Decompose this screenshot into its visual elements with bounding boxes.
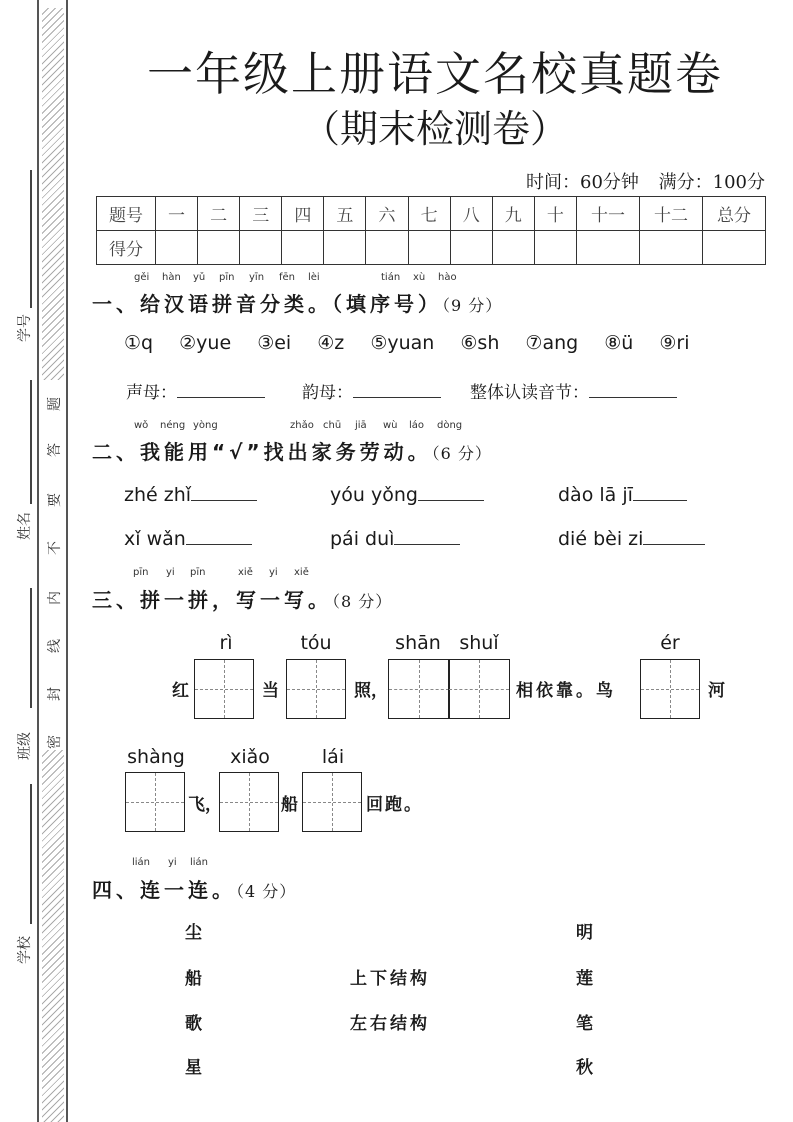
student-id-label: 学号 — [14, 314, 34, 342]
pinyin-annotation: zhǎo — [290, 420, 314, 431]
name-label: 姓名 — [14, 512, 34, 540]
name-underline — [30, 380, 32, 504]
finals-field: 韵母： — [302, 378, 441, 403]
grid-pinyin: xiǎo — [218, 746, 282, 768]
score-cell[interactable] — [156, 231, 198, 265]
option: ⑨ri — [659, 332, 689, 354]
student-id-underline — [30, 170, 32, 308]
binding-line-outer — [37, 0, 39, 1122]
section-4-title-text: 四、连一连。 — [92, 878, 236, 902]
match-left-item[interactable]: 船 — [185, 964, 205, 989]
chore-item: xǐ wǎn — [124, 526, 252, 550]
option: ④z — [317, 332, 344, 354]
chore-text: pái duì — [330, 528, 394, 550]
match-right-item[interactable]: 明 — [576, 918, 596, 943]
pinyin-annotation: xiě — [238, 567, 253, 578]
grid-pinyin: lái — [302, 746, 364, 768]
grid-pinyin: rì — [196, 632, 256, 654]
exam-meta: 时间：60分钟 满分：100分 — [512, 168, 765, 194]
class-label: 班级 — [14, 732, 34, 760]
grid-pinyin: shuǐ — [448, 632, 510, 654]
cell: 五 — [324, 197, 366, 231]
writing-grid[interactable] — [448, 659, 510, 719]
pinyin-annotation: pīn — [190, 567, 205, 578]
pinyin-annotation: tián — [381, 272, 400, 283]
chore-text: zhé zhǐ — [124, 484, 191, 506]
section-2-points: （6 分） — [432, 444, 492, 463]
chore-text: dié bèi zi — [558, 528, 643, 550]
score-table-score-row: 得分 — [97, 231, 766, 265]
cell: 六 — [366, 197, 408, 231]
initials-label: 声母： — [126, 383, 177, 403]
pinyin-annotation: lián — [132, 857, 150, 868]
score-cell[interactable] — [366, 231, 408, 265]
match-middle-item[interactable]: 左右结构 — [350, 1009, 430, 1034]
section-4-title: 四、连一连。（4 分） — [92, 874, 296, 903]
pinyin-annotation: lián — [190, 857, 208, 868]
cell: 八 — [450, 197, 492, 231]
pinyin-annotation: chū — [323, 420, 341, 431]
pinyin-annotation: yi — [168, 857, 177, 868]
sentence-text: 飞， — [188, 790, 222, 815]
chore-text: xǐ wǎn — [124, 528, 186, 550]
sentence-text: 船 — [281, 790, 298, 815]
sentence-text: 河 — [708, 676, 725, 701]
option: ③ei — [257, 332, 291, 354]
section-1-title: 一、给汉语拼音分类。（填序号）（9 分） — [92, 288, 502, 317]
pinyin-annotation: lèi — [308, 272, 320, 283]
chore-item: dào lā jī — [558, 482, 687, 506]
cell: 总分 — [703, 197, 766, 231]
pinyin-annotation: pīn — [133, 567, 148, 578]
pinyin-annotation: xiě — [294, 567, 309, 578]
school-label: 学校 — [14, 936, 34, 964]
cell: 十一 — [577, 197, 640, 231]
pinyin-annotation: pīn — [219, 272, 234, 283]
cell: 四 — [282, 197, 324, 231]
writing-grid[interactable] — [640, 659, 700, 719]
seal-char: 线 — [44, 636, 64, 656]
whole-syllables-label: 整体认读音节： — [470, 383, 589, 403]
match-middle-item[interactable]: 上下结构 — [350, 964, 430, 989]
score-cell[interactable] — [282, 231, 324, 265]
school-underline — [30, 784, 32, 924]
score-cell[interactable] — [640, 231, 703, 265]
pinyin-annotation: xù — [413, 272, 425, 283]
chore-text: dào lā jī — [558, 484, 633, 506]
section-3-title: 三、拼一拼，写一写。（8 分） — [92, 584, 392, 613]
exam-full-score: 满分：100分 — [659, 172, 765, 193]
section-3-title-text: 三、拼一拼，写一写。 — [92, 588, 332, 612]
section-1-options: ①q ②yue ③ei ④z ⑤yuan ⑥sh ⑦ang ⑧ü ⑨ri — [124, 332, 710, 354]
option: ⑥sh — [460, 332, 499, 354]
score-cell[interactable] — [534, 231, 576, 265]
seal-char: 密 — [44, 732, 64, 752]
match-left-item[interactable]: 尘 — [185, 918, 205, 943]
pinyin-annotation: yi — [166, 567, 175, 578]
match-right-item[interactable]: 莲 — [576, 964, 596, 989]
seal-char: 封 — [44, 684, 64, 704]
sentence-text: 相依靠。鸟 — [516, 676, 616, 701]
score-cell[interactable] — [492, 231, 534, 265]
initials-field: 声母： — [126, 378, 265, 403]
chore-text: yóu yǒng — [330, 484, 418, 506]
cell: 三 — [240, 197, 282, 231]
whole-syllables-field: 整体认读音节： — [470, 378, 677, 403]
match-right-item[interactable]: 秋 — [576, 1053, 596, 1078]
cell: 十二 — [640, 197, 703, 231]
section-1-title-text: 一、给汉语拼音分类。（填序号） — [92, 292, 442, 316]
finals-blank[interactable] — [353, 379, 441, 398]
chore-item: dié bèi zi — [558, 526, 705, 550]
match-right-item[interactable]: 笔 — [576, 1009, 596, 1034]
check-blank[interactable] — [643, 526, 705, 545]
seal-char: 答 — [44, 440, 64, 460]
check-blank[interactable] — [633, 482, 687, 501]
score-cell[interactable] — [408, 231, 450, 265]
section-2-title: 二、我能用“√”找出家务劳动。（6 分） — [92, 436, 492, 465]
pinyin-annotation: jiā — [355, 420, 367, 431]
binding-line-inner — [66, 0, 68, 1122]
score-cell[interactable] — [450, 231, 492, 265]
option: ①q — [124, 332, 153, 354]
cell: 九 — [492, 197, 534, 231]
whole-syllables-blank[interactable] — [589, 379, 677, 398]
writing-grid[interactable] — [302, 772, 362, 832]
seal-char: 内 — [44, 588, 64, 608]
match-left-item[interactable]: 星 — [185, 1053, 205, 1078]
sentence-text: 回跑。 — [366, 790, 423, 815]
pinyin-annotation: hào — [438, 272, 457, 283]
score-cell[interactable] — [240, 231, 282, 265]
hatch-bottom — [42, 750, 64, 1122]
writing-grid[interactable] — [286, 659, 346, 719]
section-4-points: （4 分） — [236, 882, 296, 901]
cell: 得分 — [97, 231, 156, 265]
score-table-header-row: 题号 一 二 三 四 五 六 七 八 九 十 十一 十二 总分 — [97, 197, 766, 231]
pinyin-annotation: yi — [269, 567, 278, 578]
option: ⑧ü — [604, 332, 633, 354]
pinyin-annotation: yīn — [249, 272, 264, 283]
score-cell[interactable] — [703, 231, 766, 265]
score-cell[interactable] — [577, 231, 640, 265]
writing-grid[interactable] — [125, 772, 185, 832]
writing-grid[interactable] — [388, 659, 450, 719]
grid-pinyin: ér — [640, 632, 700, 654]
section-1-points: （9 分） — [442, 296, 502, 315]
grid-pinyin: shān — [388, 632, 448, 654]
score-cell[interactable] — [198, 231, 240, 265]
match-left-item[interactable]: 歌 — [185, 1009, 205, 1034]
pinyin-annotation: dòng — [437, 420, 462, 431]
pinyin-annotation: wù — [383, 420, 398, 431]
writing-grid[interactable] — [194, 659, 254, 719]
sentence-text: 照， — [354, 676, 388, 701]
page-subtitle: （期末检测卷） — [90, 98, 780, 153]
grid-pinyin: tóu — [286, 632, 346, 654]
section-2-title-text: 二、我能用“√”找出家务劳动。 — [92, 440, 432, 464]
cell: 题号 — [97, 197, 156, 231]
pinyin-annotation: gěi — [134, 272, 149, 283]
cell: 二 — [198, 197, 240, 231]
check-blank[interactable] — [418, 482, 484, 501]
pinyin-annotation: yòng — [193, 420, 218, 431]
exam-time: 时间：60分钟 — [526, 172, 639, 193]
chore-item: pái duì — [330, 526, 460, 550]
check-blank[interactable] — [394, 526, 460, 545]
seal-char: 不 — [44, 538, 64, 558]
option: ⑦ang — [525, 332, 578, 354]
seal-char: 题 — [44, 394, 64, 414]
pinyin-annotation: néng — [160, 420, 185, 431]
chore-item: zhé zhǐ — [124, 482, 257, 506]
option: ⑤yuan — [370, 332, 434, 354]
hatch-top — [42, 8, 64, 380]
initials-blank[interactable] — [177, 379, 265, 398]
grid-pinyin: shàng — [118, 746, 194, 768]
cell: 一 — [156, 197, 198, 231]
check-blank[interactable] — [191, 482, 257, 501]
writing-grid[interactable] — [219, 772, 279, 832]
pinyin-annotation: fēn — [279, 272, 295, 283]
pinyin-annotation: hàn — [162, 272, 181, 283]
score-table: 题号 一 二 三 四 五 六 七 八 九 十 十一 十二 总分 得分 — [96, 196, 766, 265]
sentence-text: 当 — [262, 676, 279, 701]
cell: 七 — [408, 197, 450, 231]
pinyin-annotation: yǔ — [193, 272, 205, 283]
class-underline — [30, 588, 32, 708]
finals-label: 韵母： — [302, 383, 353, 403]
pinyin-annotation: láo — [409, 420, 424, 431]
option: ②yue — [179, 332, 231, 354]
score-cell[interactable] — [324, 231, 366, 265]
cell: 十 — [534, 197, 576, 231]
sentence-text: 红 — [172, 676, 189, 701]
check-blank[interactable] — [186, 526, 252, 545]
seal-char: 要 — [44, 490, 64, 510]
chore-item: yóu yǒng — [330, 482, 484, 506]
section-3-points: （8 分） — [332, 592, 392, 611]
page-title: 一年级上册语文名校真题卷 — [90, 38, 780, 104]
pinyin-annotation: wǒ — [134, 420, 148, 431]
